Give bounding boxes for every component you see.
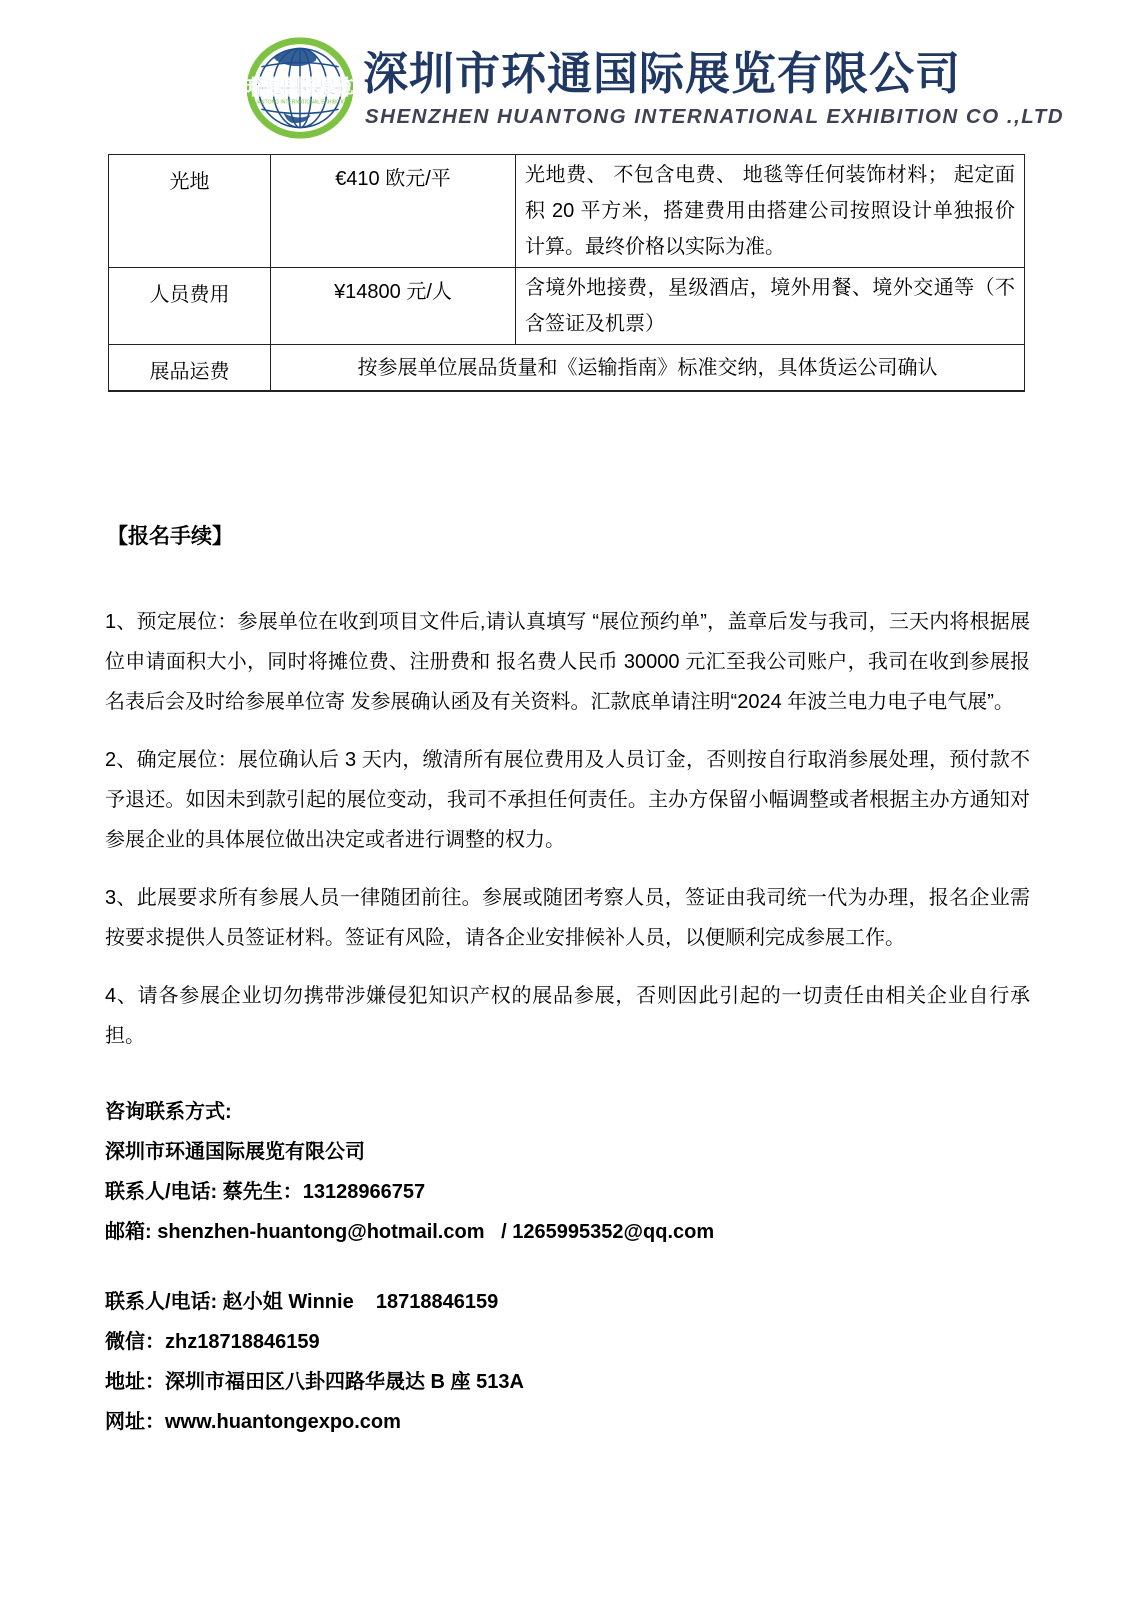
table-row: 展品运费 按参展单位展品货量和《运输指南》标准交纳，具体货运公司确认 — [109, 345, 1025, 392]
contact-person-1: 联系人/电话: 蔡先生：13128966757 — [105, 1172, 1030, 1212]
fee-desc-cell: 含境外地接费，星级酒店，境外用餐、境外交通等（不含签证及机票） — [516, 268, 1025, 345]
contact-address: 地址：深圳市福田区八卦四路华晟达 B 座 513A — [105, 1362, 1030, 1402]
company-header: 环通国际展览 HUANTONG INTERNATIONAL EXHIBITION… — [0, 0, 1131, 141]
procedure-paragraph-3: 3、此展要求所有参展人员一律随团前往。参展或随团考察人员，签证由我司统一代为办理… — [105, 878, 1030, 958]
contact-person-2: 联系人/电话: 赵小姐 Winnie 18718846159 — [105, 1282, 1030, 1322]
contact-email: 邮箱: shenzhen-huantong@hotmail.com / 1265… — [105, 1212, 1030, 1252]
section-title-registration-procedure: 【报名手续】 — [107, 520, 1131, 550]
contact-wechat: 微信：zhz18718846159 — [105, 1322, 1030, 1362]
company-title-block: 深圳市环通国际展览有限公司 SHENZHEN HUANTONG INTERNAT… — [363, 47, 1064, 129]
contact-heading: 咨询联系方式: — [105, 1092, 1030, 1132]
contact-section: 咨询联系方式: 深圳市环通国际展览有限公司 联系人/电话: 蔡先生：131289… — [105, 1092, 1030, 1442]
company-logo-globe-icon: 环通国际展览 HUANTONG INTERNATIONAL EXHIBITION — [247, 35, 353, 141]
fee-price-cell: €410 欧元/平 — [271, 155, 516, 268]
procedure-paragraph-4: 4、请各参展企业切勿携带涉嫌侵犯知识产权的展品参展，否则因此引起的一切责任由相关… — [105, 976, 1030, 1056]
fee-merged-cell: 按参展单位展品货量和《运输指南》标准交纳，具体货运公司确认 — [271, 345, 1025, 392]
contact-company: 深圳市环通国际展览有限公司 — [105, 1132, 1030, 1172]
company-name-en: SHENZHEN HUANTONG INTERNATIONAL EXHIBITI… — [365, 105, 1064, 129]
company-name-cn: 深圳市环通国际展览有限公司 — [363, 47, 1064, 101]
contact-spacer — [105, 1252, 1030, 1282]
table-row: 光地 €410 欧元/平 光地费、 不包含电费、 地毯等任何装饰材料； 起定面积… — [109, 155, 1025, 268]
procedure-paragraph-2: 2、确定展位：展位确认后 3 天内，缴清所有展位费用及人员订金，否则按自行取消参… — [105, 740, 1030, 860]
procedure-paragraph-1: 1、预定展位：参展单位在收到项目文件后,请认真填写 “展位预约单”，盖章后发与我… — [105, 602, 1030, 722]
logo-en-text: HUANTONG INTERNATIONAL EXHIBITION — [250, 99, 349, 105]
fee-table: 光地 €410 欧元/平 光地费、 不包含电费、 地毯等任何装饰材料； 起定面积… — [108, 154, 1025, 392]
fee-desc-cell: 光地费、 不包含电费、 地毯等任何装饰材料； 起定面积 20 平方米，搭建费用由… — [516, 155, 1025, 268]
fee-price-cell: ¥14800 元/人 — [271, 268, 516, 345]
document-page: 环通国际展览 HUANTONG INTERNATIONAL EXHIBITION… — [0, 0, 1131, 1600]
table-row: 人员费用 ¥14800 元/人 含境外地接费，星级酒店，境外用餐、境外交通等（不… — [109, 268, 1025, 345]
fee-item-cell: 展品运费 — [109, 345, 271, 392]
contact-website: 网址：www.huantongexpo.com — [105, 1402, 1030, 1442]
logo-cn-text: 环通国际展览 — [247, 76, 353, 97]
fee-item-cell: 人员费用 — [109, 268, 271, 345]
procedure-paragraphs: 1、预定展位：参展单位在收到项目文件后,请认真填写 “展位预约单”，盖章后发与我… — [105, 602, 1030, 1056]
fee-item-cell: 光地 — [109, 155, 271, 268]
